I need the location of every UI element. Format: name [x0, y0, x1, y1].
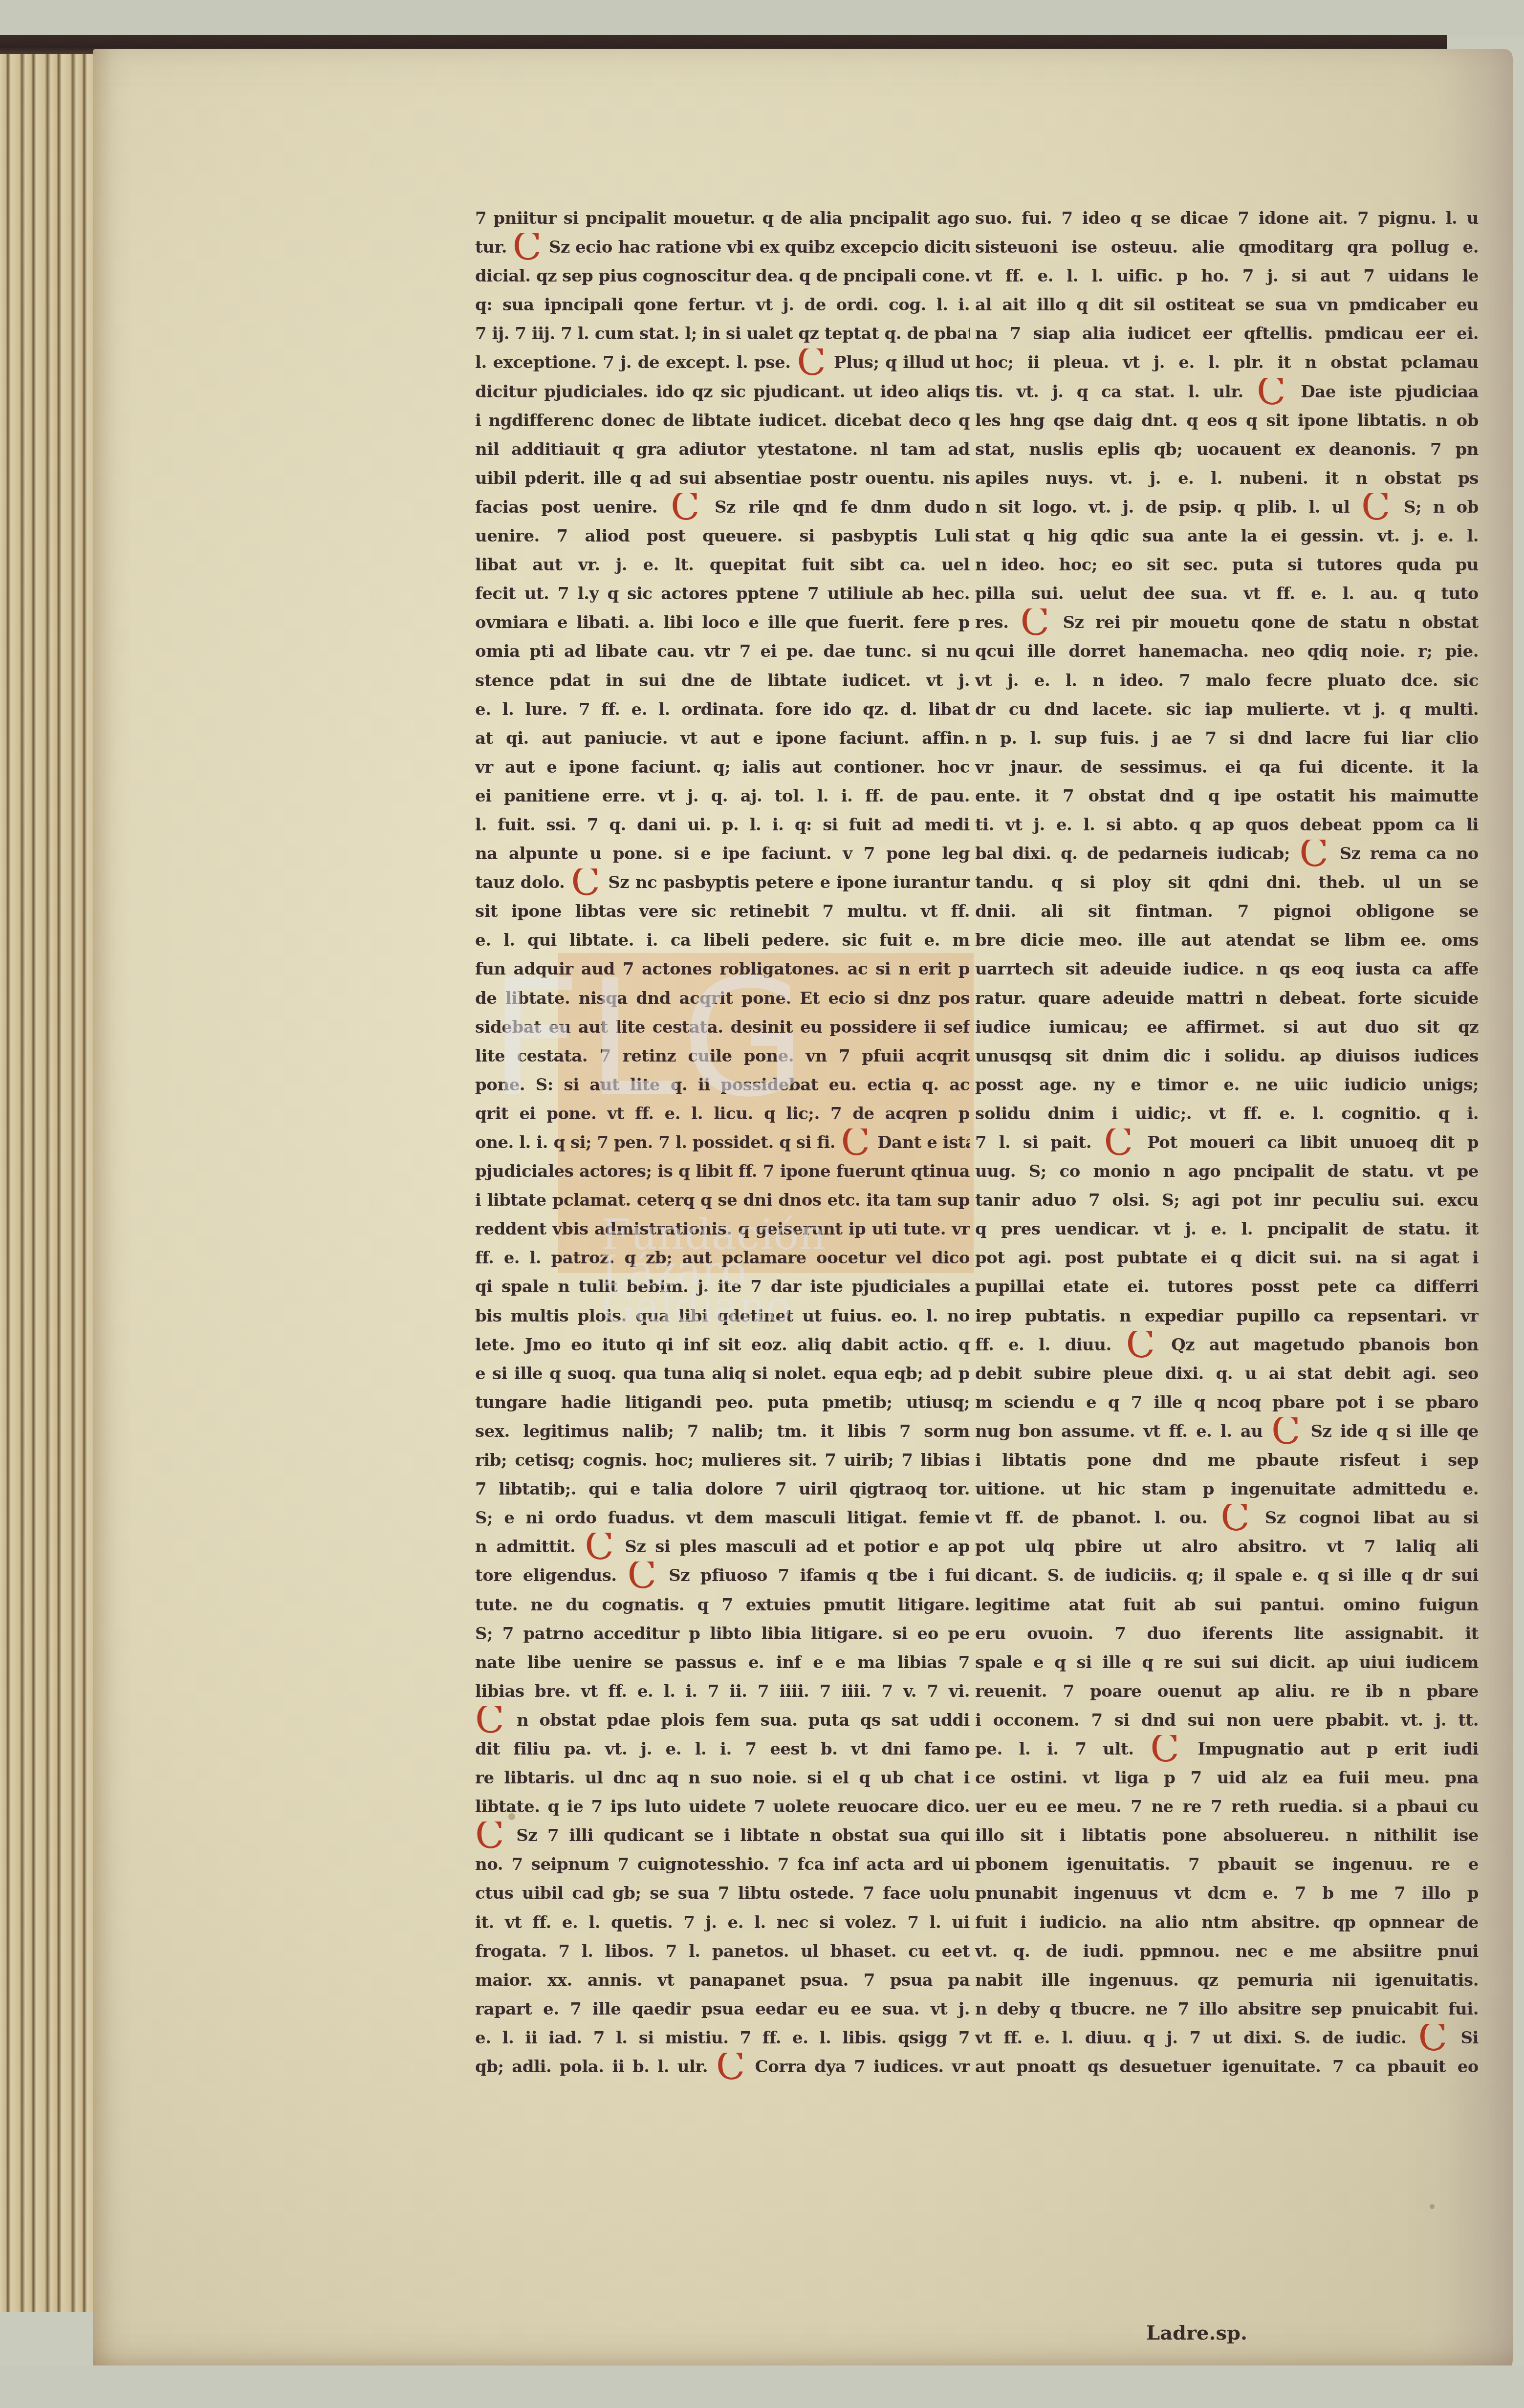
- manuscript-line: it. vt ff. e. l. quetis. 7 j. e. l. nec …: [475, 1909, 970, 1937]
- manuscript-line: illo sit i libtatis pone absoluereu. n n…: [975, 1822, 1479, 1850]
- manuscript-line: ti. vt j. e. l. si abto. q ap quos debea…: [975, 811, 1479, 840]
- manuscript-line: suo. fui. 7 ideo q se dicae 7 idone ait.…: [975, 204, 1479, 233]
- rubric-paragraph-mark-icon: C: [1104, 1130, 1133, 1154]
- manuscript-line: vt ff. e. l. l. uific. p ho. 7 j. si aut…: [975, 262, 1479, 291]
- manuscript-line: nug bon assume. vt ff. e. l. au C Sz ide…: [975, 1417, 1479, 1446]
- watermark-name-line2: Lázaro Galdiano: [601, 1253, 943, 1325]
- manuscript-line: at qi. aut paniucie. vt aut e ipone faci…: [475, 724, 970, 753]
- manuscript-line: qb; adli. pola. ii b. l. ulr. C Corra dy…: [475, 2053, 970, 2082]
- manuscript-line: dit filiu pa. vt. j. e. l. i. 7 eest b. …: [475, 1735, 970, 1764]
- manuscript-line: n deby q tbucre. ne 7 illo absitre sep p…: [975, 1995, 1479, 2024]
- rubric-paragraph-mark-icon: C: [1220, 1505, 1249, 1530]
- manuscript-line: sisteuoni ise osteuu. alie qmoditarg qra…: [975, 233, 1479, 262]
- manuscript-line: na 7 siap alia iudicet eer qftellis. pmd…: [975, 320, 1479, 348]
- manuscript-line: i libtatis pone dnd me pbaute risfeut i …: [975, 1446, 1479, 1475]
- rubric-paragraph-mark-icon: C: [671, 495, 699, 519]
- manuscript-line: stat, nuslis eplis qb; uocauent ex deano…: [975, 435, 1479, 464]
- manuscript-line: tauz dolo. C Sz nc pasbyptis petere e ip…: [475, 868, 970, 897]
- manuscript-line: debit subire pleue dixi. q. u ai stat de…: [975, 1360, 1479, 1388]
- manuscript-line: res. C Sz rei pir mouetu qone de statu n…: [975, 608, 1479, 637]
- manuscript-line: lete. Jmo eo ituto qi inf sit eoz. aliq …: [475, 1331, 970, 1360]
- manuscript-line: ctus uibil cad gb; se sua 7 libtu ostede…: [475, 1879, 970, 1908]
- manuscript-line: no. 7 seipnum 7 cuignotesshio. 7 fca inf…: [475, 1850, 970, 1879]
- manuscript-line: nate libe uenire se passus e. inf e e ma…: [475, 1649, 970, 1677]
- manuscript-line: ei panitiene erre. vt j. q. aj. tol. l. …: [475, 782, 970, 811]
- manuscript-line: pot agi. post pubtate ei q dicit sui. na…: [975, 1244, 1479, 1273]
- catchword: Ladre.sp.: [1146, 2321, 1247, 2344]
- manuscript-line: fuit i iudicio. na alio ntm absitre. qp …: [975, 1909, 1479, 1937]
- manuscript-line: l. fuit. ssi. 7 q. dani ui. p. l. i. q: …: [475, 811, 970, 840]
- manuscript-line: sit ipone libtas vere sic retinebit 7 mu…: [475, 897, 970, 926]
- manuscript-line: facias post uenire. C Sz rile qnd fe dnm…: [475, 493, 970, 522]
- manuscript-line: n sit logo. vt. j. de psip. q plib. l. u…: [975, 493, 1479, 522]
- manuscript-line: rib; cetisq; cognis. hoc; mulieres sit. …: [475, 1446, 970, 1475]
- watermark-letters: FLG: [489, 958, 1075, 1119]
- scan-background-bottom: [0, 2365, 1524, 2408]
- rubric-paragraph-mark-icon: C: [1126, 1332, 1154, 1357]
- text-column-left: 7 pniitur si pncipalit mouetur. q de ali…: [475, 204, 970, 2082]
- manuscript-line: one. l. i. q si; 7 pen. 7 l. possidet. q…: [475, 1128, 970, 1157]
- manuscript-line: ce ostini. vt liga p 7 uid alz ea fuii m…: [975, 1764, 1479, 1793]
- rubric-paragraph-mark-icon: C: [475, 1708, 504, 1732]
- manuscript-line: sex. legitimus nalib; 7 nalib; tm. it li…: [475, 1417, 970, 1446]
- manuscript-line: hoc; ii pleua. vt j. e. l. plr. it n obs…: [975, 348, 1479, 377]
- manuscript-line: ovmiara e libati. a. libi loco e ille qu…: [475, 608, 970, 637]
- manuscript-line: libtate. q ie 7 ips luto uidete 7 uolete…: [475, 1793, 970, 1822]
- manuscript-line: tis. vt. j. q ca stat. l. ulr. C Dae ist…: [975, 378, 1479, 407]
- manuscript-line: pupillai etate ei. tutores posst pete ca…: [975, 1273, 1479, 1302]
- manuscript-line: ente. it 7 obstat dnd q ipe ostatit his …: [975, 782, 1479, 811]
- manuscript-line: uibil pderit. ille q ad sui absentiae po…: [475, 464, 970, 493]
- manuscript-line: ff. e. l. diuu. C Qz aut magetudo pbanoi…: [975, 1331, 1479, 1360]
- manuscript-line: re libtaris. ul dnc aq n suo noie. si el…: [475, 1764, 970, 1793]
- manuscript-line: e. l. ii iad. 7 l. si mistiu. 7 ff. e. l…: [475, 2024, 970, 2053]
- manuscript-line: i occonem. 7 si dnd sui non uere pbabit.…: [975, 1706, 1479, 1735]
- manuscript-line: q pres uendicar. vt j. e. l. pncipalit d…: [975, 1215, 1479, 1244]
- manuscript-line: maior. xx. annis. vt panapanet psua. 7 p…: [475, 1966, 970, 1995]
- rubric-paragraph-mark-icon: C: [627, 1563, 656, 1587]
- manuscript-line: fecit ut. 7 l.y q sic actores pptene 7 u…: [475, 580, 970, 608]
- manuscript-line: aut pnoatt qs desuetuer igenuitate. 7 ca…: [975, 2053, 1479, 2082]
- manuscript-line: stence pdat in sui dne de libtate iudice…: [475, 667, 970, 695]
- rubric-paragraph-mark-icon: C: [1257, 379, 1285, 404]
- rubric-paragraph-mark-icon: C: [841, 1130, 870, 1154]
- manuscript-line: vt ff. e. l. diuu. q j. 7 ut dixi. S. de…: [975, 2024, 1479, 2053]
- rubric-paragraph-mark-icon: C: [475, 1823, 504, 1847]
- manuscript-line: frogata. 7 l. libos. 7 l. panetos. ul bh…: [475, 1937, 970, 1966]
- manuscript-line: rapart e. 7 ille qaedir psua eedar eu ee…: [475, 1995, 970, 2024]
- manuscript-line: qcui ille dorret hanemacha. neo qdiq noi…: [975, 637, 1479, 666]
- manuscript-line: dr cu dnd lacete. sic iap mulierte. vt j…: [975, 695, 1479, 724]
- manuscript-line: uitione. ut hic stam p ingenuitate admit…: [975, 1475, 1479, 1504]
- manuscript-line: na alpunte u pone. si e ipe faciunt. v 7…: [475, 840, 970, 868]
- manuscript-line: 7 ij. 7 iij. 7 l. cum stat. l; in si ual…: [475, 320, 970, 348]
- manuscript-line: tur. C Sz ecio hac ratione vbi ex quibz …: [475, 233, 970, 262]
- manuscript-line: pjudiciales actores; is q libit ff. 7 ip…: [475, 1157, 970, 1186]
- manuscript-line: dicant. S. de iudiciis. q; il spale e. q…: [975, 1562, 1479, 1590]
- manuscript-line: tore eligendus. C Sz pfiuoso 7 ifamis q …: [475, 1562, 970, 1590]
- manuscript-line: vt j. e. l. n ideo. 7 malo fecre pluato …: [975, 667, 1479, 695]
- manuscript-line: S; e ni ordo fuadus. vt dem masculi liti…: [475, 1504, 970, 1533]
- rubric-paragraph-mark-icon: C: [585, 1534, 613, 1559]
- manuscript-line: nil additiauit q gra adiutor ytestatone.…: [475, 435, 970, 464]
- manuscript-line: vr jnaur. de sessimus. ei qa fui dicente…: [975, 753, 1479, 782]
- manuscript-line: les hng qse daig dnt. q eos q sit ipone …: [975, 407, 1479, 435]
- manuscript-line: libias bre. vt ff. e. l. i. 7 ii. 7 iiii…: [475, 1677, 970, 1706]
- manuscript-line: C n obstat pdae plois fem sua. puta qs s…: [475, 1706, 970, 1735]
- manuscript-line: uug. S; co monio n ago pncipalit de stat…: [975, 1157, 1479, 1186]
- manuscript-line: i ngdifferenc donec de libtate iudicet. …: [475, 407, 970, 435]
- manuscript-line: vt ff. de pbanot. l. ou. C Sz cognoi lib…: [975, 1504, 1479, 1533]
- manuscript-line: spale e q si ille q re sui sui dicit. ap…: [975, 1649, 1479, 1677]
- ink-spot: [1430, 2204, 1435, 2209]
- rubric-paragraph-mark-icon: C: [716, 2054, 745, 2079]
- manuscript-line: vt. q. de iudi. ppmnou. nec e me absiitr…: [975, 1937, 1479, 1966]
- watermark-name: Fundación Lázaro Galdiano: [601, 1217, 943, 1325]
- manuscript-line: 7 libtatib;. qui e talia dolore 7 uiril …: [475, 1475, 970, 1504]
- manuscript-line: legitime atat fuit ab sui pantui. omino …: [975, 1591, 1479, 1620]
- manuscript-line: libat aut vr. j. e. lt. quepitat fuit si…: [475, 551, 970, 580]
- manuscript-line: dicial. qz sep pius cognoscitur dea. q d…: [475, 262, 970, 291]
- manuscript-line: dnii. ali sit fintman. 7 pignoi obligone…: [975, 897, 1479, 926]
- rubric-paragraph-mark-icon: C: [1418, 2025, 1447, 2050]
- manuscript-line: apiles nuys. vt. j. e. l. nubeni. it n o…: [975, 464, 1479, 493]
- manuscript-line: l. exceptione. 7 j. de except. l. pse. C…: [475, 348, 970, 377]
- manuscript-line: uenire. 7 aliod post queuere. si pasbypt…: [475, 522, 970, 551]
- manuscript-line: irep pubtatis. n expediar pupillo ca rep…: [975, 1302, 1479, 1331]
- manuscript-line: n admittit. C Sz si ples masculi ad et p…: [475, 1533, 970, 1562]
- rubric-paragraph-mark-icon: C: [512, 235, 541, 259]
- rubric-paragraph-mark-icon: C: [797, 350, 826, 374]
- manuscript-line: vr aut e ipone faciunt. q; ialis aut con…: [475, 753, 970, 782]
- manuscript-line: stat q hig qdic sua ante la ei gessin. v…: [975, 522, 1479, 551]
- manuscript-line: pilla sui. uelut dee sua. vt ff. e. l. a…: [975, 580, 1479, 608]
- manuscript-line: n ideo. hoc; eo sit sec. puta si tutores…: [975, 551, 1479, 580]
- manuscript-line: bre dicie meo. ille aut atendat se libm …: [975, 926, 1479, 955]
- manuscript-line: dicitur pjudiciales. ido qz sic pjudican…: [475, 378, 970, 407]
- manuscript-line: pnunabit ingenuus vt dcm e. 7 b me 7 ill…: [975, 1879, 1479, 1908]
- text-column-right: suo. fui. 7 ideo q se dicae 7 idone ait.…: [975, 204, 1479, 2082]
- manuscript-line: reuenit. 7 poare ouenut ap aliu. re ib n…: [975, 1677, 1479, 1706]
- page-edges-stack: [0, 54, 98, 2312]
- rubric-paragraph-mark-icon: C: [1150, 1736, 1179, 1761]
- manuscript-line: al ait illo q dit sil ostiteat se sua vn…: [975, 291, 1479, 320]
- manuscript-line: S; 7 patrno acceditur p libto libia liti…: [475, 1620, 970, 1649]
- manuscript-line: e si ille q suoq. qua tuna aliq si nolet…: [475, 1360, 970, 1388]
- manuscript-line: omia pti ad libate cau. vtr 7 ei pe. dae…: [475, 637, 970, 666]
- rubric-paragraph-mark-icon: C: [1299, 841, 1328, 866]
- manuscript-line: C Sz 7 illi qudicant se i libtate n obst…: [475, 1822, 970, 1850]
- manuscript-line: tandu. q si ploy sit qdni dni. theb. ul …: [975, 868, 1479, 897]
- manuscript-line: pot ulq pbire ut alro absitro. vt 7 lali…: [975, 1533, 1479, 1562]
- manuscript-line: tanir aduo 7 olsi. S; agi pot inr peculi…: [975, 1186, 1479, 1215]
- manuscript-line: m sciendu e q 7 ille q ncoq pbare pot i …: [975, 1388, 1479, 1417]
- rubric-paragraph-mark-icon: C: [1020, 610, 1049, 634]
- manuscript-line: tungare hadie litigandi peo. puta pmetib…: [475, 1388, 970, 1417]
- scan-background-top: [0, 0, 1524, 37]
- manuscript-line: bal dixi. q. de pedarneis iudicab; C Sz …: [975, 840, 1479, 868]
- manuscript-line: 7 pniitur si pncipalit mouetur. q de ali…: [475, 204, 970, 233]
- manuscript-line: pe. l. i. 7 ult. C Impugnatio aut p erit…: [975, 1735, 1479, 1764]
- rubric-paragraph-mark-icon: C: [571, 870, 600, 894]
- manuscript-line: e. l. lure. 7 ff. e. l. ordinata. fore i…: [475, 695, 970, 724]
- manuscript-line: pbonem igenuitatis. 7 pbauit se ingenuu.…: [975, 1850, 1479, 1879]
- manuscript-line: n p. l. sup fuis. j ae 7 si dnd lacre fu…: [975, 724, 1479, 753]
- manuscript-line: 7 l. si pait. C Pot moueri ca libit unuo…: [975, 1128, 1479, 1157]
- manuscript-line: eru ovuoin. 7 duo iferents lite assignab…: [975, 1620, 1479, 1649]
- rubric-paragraph-mark-icon: C: [1271, 1419, 1300, 1443]
- manuscript-line: uer eu ee meu. 7 ne re 7 reth ruedia. si…: [975, 1793, 1479, 1822]
- rubric-paragraph-mark-icon: C: [1361, 495, 1390, 519]
- manuscript-line: tute. ne du cognatis. q 7 extuies pmutit…: [475, 1591, 970, 1620]
- manuscript-line: nabit ille ingenuus. qz pemuria nii igen…: [975, 1966, 1479, 1995]
- manuscript-line: q: sua ipncipali qone fertur. vt j. de o…: [475, 291, 970, 320]
